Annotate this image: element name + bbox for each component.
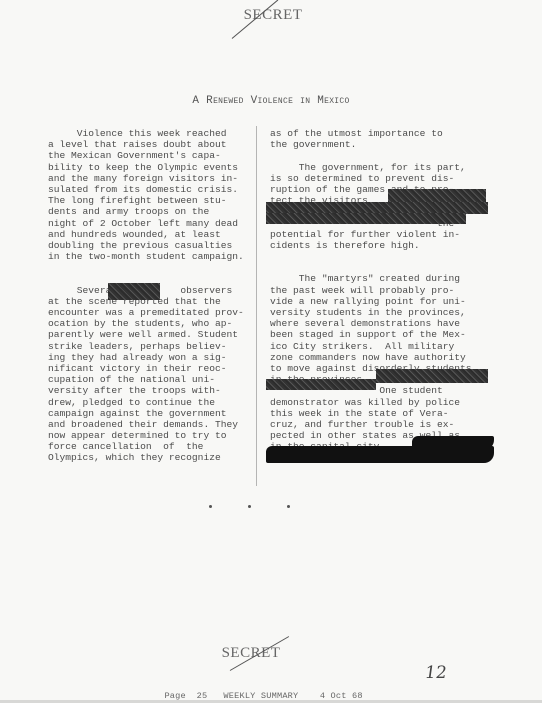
redaction-block (266, 379, 376, 390)
handwritten-page-number: 12 (424, 663, 448, 683)
column-divider (256, 126, 257, 486)
text-line: the past week will probably pro- (270, 285, 472, 296)
text-line: encounter was a premeditated prov- (48, 307, 244, 318)
document-page: SECRET A Renewed Violence in Mexico Viol… (0, 0, 542, 703)
text-line: and the many foreign visitors in- (48, 173, 244, 184)
text-line: versity after the troops with- (48, 385, 244, 396)
text-line: and broadened their demands. They (48, 419, 244, 430)
right-column: as of the utmost importance tothe govern… (270, 128, 472, 452)
text-line: ico City strikers. All military (270, 341, 472, 352)
text-line: as of the utmost importance to (270, 128, 472, 139)
text-line: doubling the previous casualties (48, 240, 244, 251)
text-line: The "martyrs" created during (270, 273, 472, 284)
text-line (270, 150, 472, 161)
text-line: now appear determined to try to (48, 430, 244, 441)
text-line: Olympics, which they recognize (48, 452, 244, 463)
text-line: this week in the state of Vera- (270, 408, 472, 419)
section-break-dot (209, 505, 212, 508)
text-line: a level that raises doubt about (48, 139, 244, 150)
text-line: ing they had already won a sig- (48, 352, 244, 363)
text-line: potential for further violent in- (270, 229, 472, 240)
redaction-block (376, 369, 488, 383)
text-line: sulated from its domestic crisis. (48, 184, 244, 195)
text-line (270, 262, 472, 273)
text-line: dents and army troops on the (48, 206, 244, 217)
text-line: ocation by the students, who ap- (48, 318, 244, 329)
text-line (48, 262, 244, 273)
text-line: nificant victory in their reoc- (48, 363, 244, 374)
text-line: The government, for its part, (270, 162, 472, 173)
section-break-dot (287, 505, 290, 508)
text-line: versity students in the provinces, (270, 307, 472, 318)
text-line: cupation of the national uni- (48, 374, 244, 385)
text-line: demonstrator was killed by police (270, 397, 472, 408)
text-line: force cancellation of the (48, 441, 244, 452)
text-line: zone commanders now have authority (270, 352, 472, 363)
text-line: is so determined to prevent dis- (270, 173, 472, 184)
text-line: strike leaders, perhaps believ- (48, 341, 244, 352)
redaction-block (266, 213, 466, 224)
text-line: in the two-month student campaign. (48, 251, 244, 262)
section-break-dot (248, 505, 251, 508)
article-title: A Renewed Violence in Mexico (0, 95, 542, 107)
text-line: Violence this week reached (48, 128, 244, 139)
text-line: where several demonstrations have (270, 318, 472, 329)
text-line: The long firefight between stu- (48, 195, 244, 206)
text-line: bility to keep the Olympic events (48, 162, 244, 173)
bottom-classification-marking: SECRET (0, 645, 522, 662)
text-line (270, 251, 472, 262)
text-line: the government. (270, 139, 472, 150)
text-line: cruz, and further trouble is ex- (270, 419, 472, 430)
text-line: and hundreds wounded, at least (48, 229, 244, 240)
text-line: the Mexican Government's capa- (48, 150, 244, 161)
text-line: campaign against the government (48, 408, 244, 419)
text-line: parently were well armed. Student (48, 329, 244, 340)
text-line: drew, pledged to continue the (48, 397, 244, 408)
redaction-block (108, 283, 160, 300)
text-line: night of 2 October left many dead (48, 218, 244, 229)
text-line: cidents is therefore high. (270, 240, 472, 251)
redaction-block (388, 189, 486, 203)
text-line: vide a new rallying point for uni- (270, 296, 472, 307)
text-line: been staged in support of the Mex- (270, 329, 472, 340)
redaction-block (266, 446, 494, 463)
top-classification-marking: SECRET (2, 7, 542, 24)
